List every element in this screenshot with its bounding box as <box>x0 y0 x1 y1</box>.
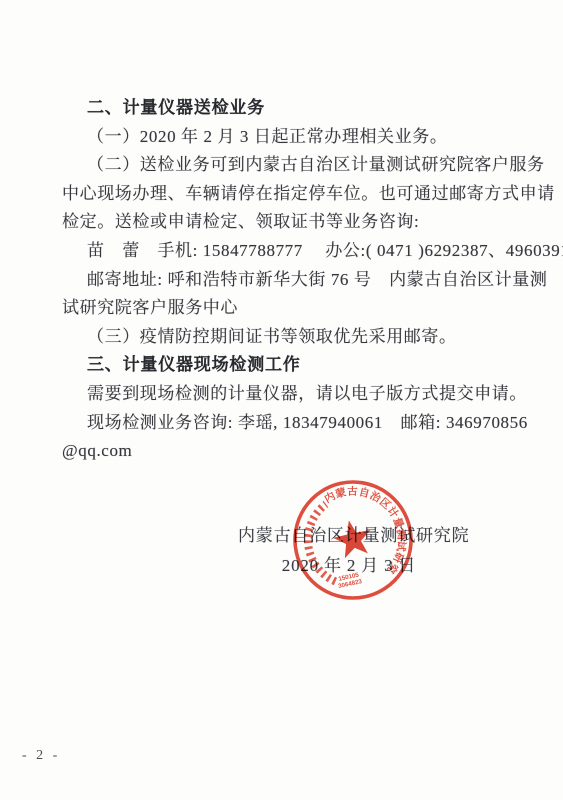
document-line-9: （三）疫情防控期间证书等领取优先采用邮寄。 <box>62 323 504 352</box>
document-line-10: 三、计量仪器现场检测工作 <box>62 351 504 380</box>
document-line-6: 苗 蕾 手机: 15847788777 办公:( 0471 )6292387、4… <box>62 237 504 266</box>
document-line-1: 二、计量仪器送检业务 <box>62 94 504 123</box>
document-line-8: 试研究院客户服务中心 <box>62 294 504 323</box>
document-line-4: 中心现场办理、车辆请停在指定停车位。也可通过邮寄方式申请 <box>62 180 504 209</box>
document-body: 二、计量仪器送检业务（一）2020 年 2 月 3 日起正常办理相关业务。（二）… <box>62 94 504 466</box>
document-line-12: 现场检测业务咨询: 李瑶, 18347940061 邮箱: 346970856 <box>62 409 504 438</box>
document-line-3: （二）送检业务可到内蒙古自治区计量测试研究院客户服务 <box>62 151 504 180</box>
signature-block: 内蒙古自治区计量测试研究院 2020 年 2 月 3 日 <box>238 521 460 581</box>
document-line-13: @qq.com <box>62 437 504 466</box>
signature-date: 2020 年 2 月 3 日 <box>238 551 460 581</box>
document-line-5: 检定。送检或申请检定、领取证书等业务咨询: <box>62 208 504 237</box>
signature-org: 内蒙古自治区计量测试研究院 <box>238 521 460 551</box>
document-line-11: 需要到现场检测的计量仪器，请以电子版方式提交申请。 <box>62 380 504 409</box>
page-number: - 2 - <box>22 748 60 764</box>
document-page: 二、计量仪器送检业务（一）2020 年 2 月 3 日起正常办理相关业务。（二）… <box>0 0 563 800</box>
document-line-2: （一）2020 年 2 月 3 日起正常办理相关业务。 <box>62 123 504 152</box>
document-line-7: 邮寄地址: 呼和浩特市新华大街 76 号 内蒙古自治区计量测 <box>62 266 504 295</box>
